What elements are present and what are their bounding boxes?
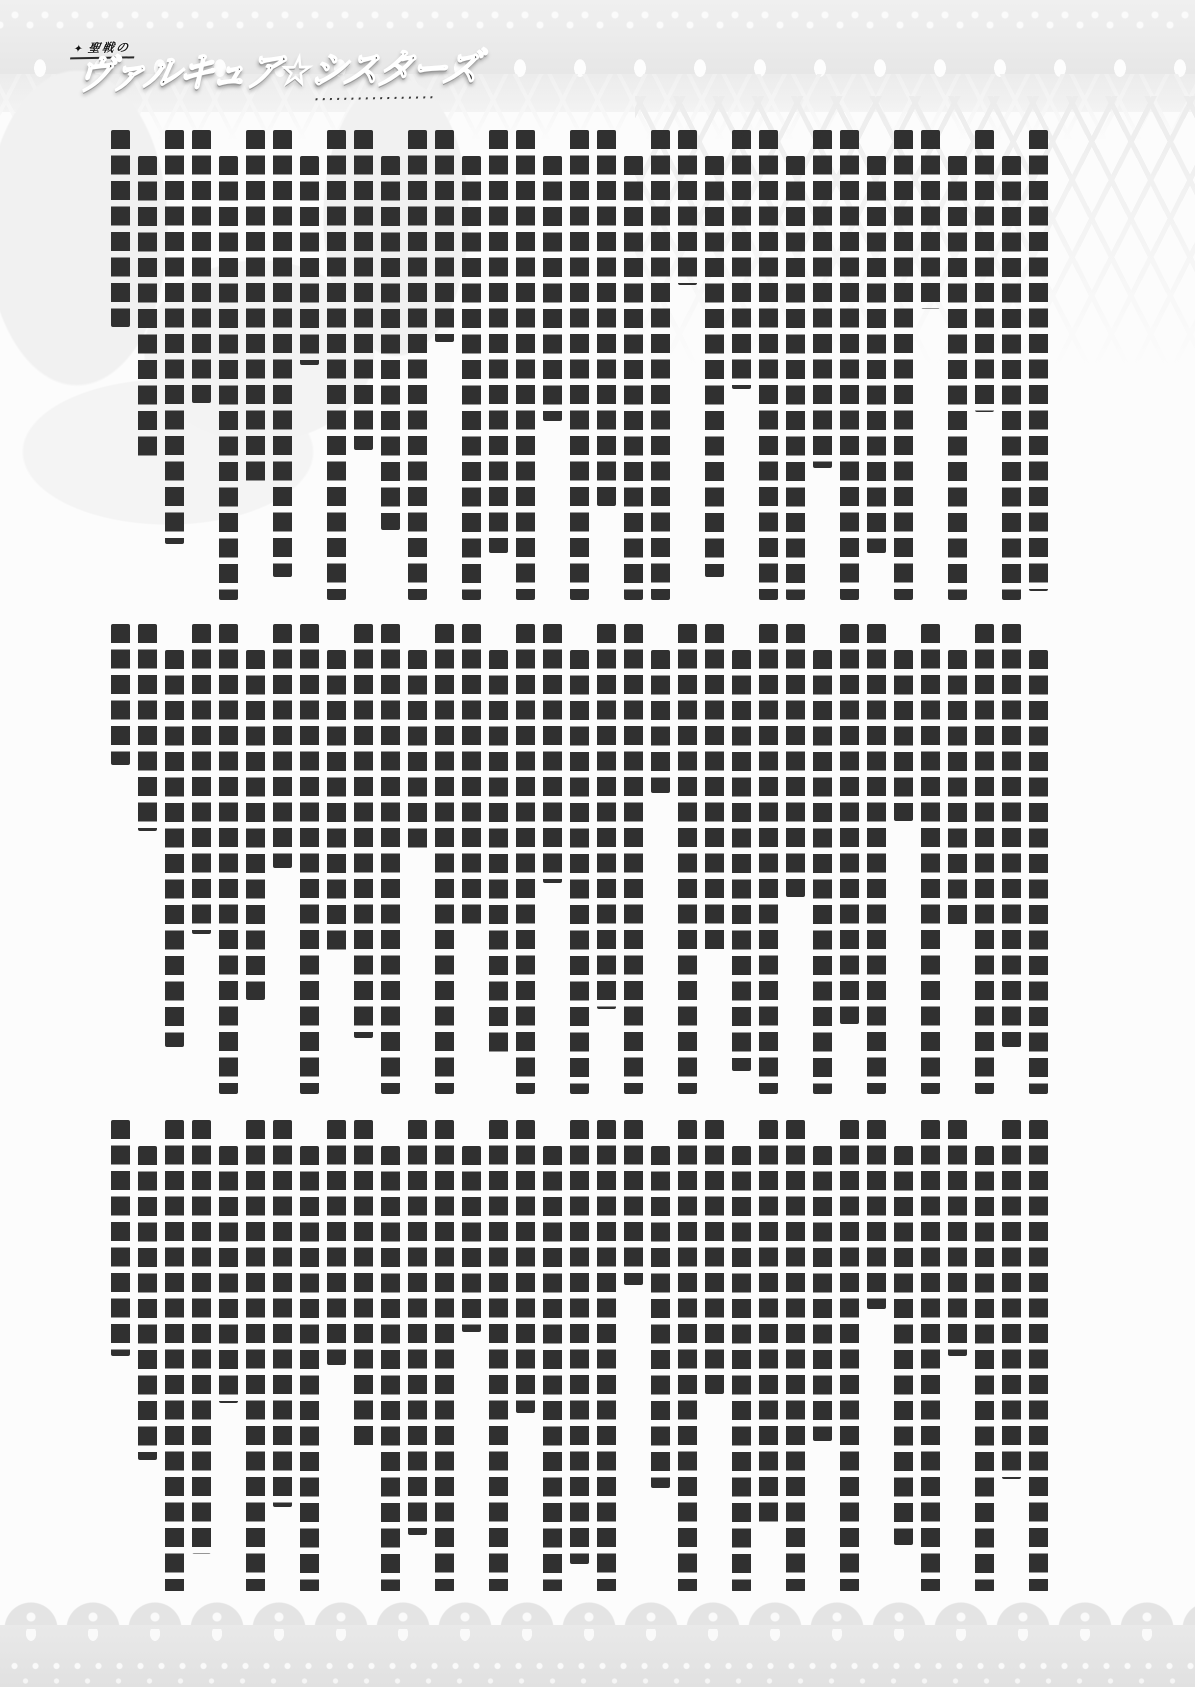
redacted-text-column (516, 130, 535, 600)
redacted-text-column (1002, 156, 1021, 600)
redacted-text-column (624, 1120, 643, 1285)
redacted-text-column (435, 1120, 454, 1592)
redacted-text-column (138, 624, 157, 831)
redacted-text-column (246, 650, 265, 1000)
redacted-text-column (516, 1120, 535, 1413)
redacted-text-column (111, 624, 130, 765)
redacted-text-column (192, 624, 211, 934)
redacted-text-column (408, 650, 427, 850)
redacted-text-column (192, 130, 211, 403)
redacted-text-column (624, 156, 643, 600)
redacted-text-column (327, 650, 346, 953)
redacted-text-column (219, 156, 238, 600)
redacted-text-column (867, 624, 886, 1094)
redacted-text-column (462, 1146, 481, 1332)
redacted-text-column (705, 156, 724, 577)
redacted-text-column (786, 156, 805, 600)
redacted-text-column (1029, 130, 1048, 591)
redacted-text-column (300, 156, 319, 365)
redacted-text-column (732, 650, 751, 1071)
redacted-text-column (111, 130, 130, 327)
text-block-2 (88, 624, 1048, 1094)
redacted-text-column (678, 624, 697, 1094)
redacted-text-column (1002, 624, 1021, 1047)
redacted-text-column (462, 624, 481, 925)
redacted-text-column (705, 624, 724, 953)
redacted-text-column (489, 1120, 508, 1592)
redacted-text-column (651, 650, 670, 793)
redacted-text-column (948, 650, 967, 925)
redacted-text-column (543, 1146, 562, 1592)
redacted-text-column (273, 130, 292, 577)
redacted-text-column (489, 130, 508, 553)
redacted-text-column (597, 1120, 616, 1592)
redacted-text-column (813, 1146, 832, 1441)
redacted-text-column (894, 650, 913, 821)
redacted-text-column (489, 650, 508, 1056)
redacted-text-column (678, 130, 697, 285)
redacted-text-column (759, 1120, 778, 1526)
redacted-text-column (165, 1120, 184, 1592)
text-block-1 (88, 130, 1048, 600)
redacted-text-column (354, 130, 373, 450)
redacted-text-column (570, 650, 589, 1094)
redacted-text-column (435, 624, 454, 1094)
redacted-text-column (840, 130, 859, 600)
redacted-text-column (786, 1120, 805, 1592)
redacted-text-column (354, 624, 373, 1038)
redacted-text-column (840, 624, 859, 1024)
redacted-text-column (543, 156, 562, 421)
lace-border-bottom (0, 1591, 1195, 1687)
redacted-text-column (732, 1146, 751, 1592)
redacted-text-column (327, 130, 346, 600)
logo-main-title: ヴァルキュア☆シスターズ (72, 48, 470, 97)
redacted-text-column (570, 1120, 589, 1564)
redacted-text-column (975, 130, 994, 412)
redacted-text-column (273, 624, 292, 868)
redacted-text-column (651, 130, 670, 600)
redacted-text-column (516, 624, 535, 1094)
redacted-text-column (273, 1120, 292, 1507)
redacted-text-column (921, 1120, 940, 1592)
redacted-text-column (354, 1120, 373, 1450)
redacted-text-column (948, 1120, 967, 1356)
redacted-text-column (165, 650, 184, 1047)
redacted-text-column (813, 130, 832, 468)
redacted-text-column (894, 1146, 913, 1545)
redacted-text-column (651, 1146, 670, 1488)
redacted-text-column (327, 1120, 346, 1365)
redacted-text-column (705, 1120, 724, 1394)
redacted-text-column (921, 624, 940, 1094)
redacted-text-column (543, 624, 562, 883)
redacted-text-column (138, 1146, 157, 1460)
redacted-text-column (219, 1146, 238, 1403)
redacted-text-column (300, 624, 319, 1094)
redacted-text-column (300, 1146, 319, 1592)
redacted-text-column (1029, 1120, 1048, 1592)
redacted-text-column (1029, 650, 1048, 1094)
redacted-text-column (192, 1120, 211, 1554)
redacted-text-column (408, 1120, 427, 1535)
redacted-text-column (759, 624, 778, 1094)
redacted-text-column (381, 156, 400, 530)
redacted-text-column (840, 1120, 859, 1592)
redacted-text-column (894, 130, 913, 600)
redacted-text-column (813, 650, 832, 1094)
redacted-text-column (138, 156, 157, 459)
text-block-3 (88, 1120, 1048, 1592)
redacted-text-column (975, 1146, 994, 1592)
book-page: ✦聖戦の ヴァルキュア☆シスターズ ················· 41 (0, 0, 1195, 1687)
redacted-text-column (381, 624, 400, 1094)
redacted-text-column (219, 624, 238, 1094)
series-logo: ✦聖戦の ヴァルキュア☆シスターズ ················· (71, 31, 462, 111)
redacted-text-column (111, 1120, 130, 1356)
redacted-text-column (732, 130, 751, 389)
redacted-text-column (786, 624, 805, 897)
redacted-text-column (678, 1120, 697, 1592)
redacted-text-column (921, 130, 940, 309)
redacted-text-column (975, 624, 994, 1094)
redacted-text-column (246, 130, 265, 483)
redacted-text-column (867, 156, 886, 553)
redacted-text-column (570, 130, 589, 600)
redacted-text-column (381, 1146, 400, 1592)
redacted-text-column (597, 624, 616, 1009)
redacted-text-column (759, 130, 778, 600)
redacted-text-column (408, 130, 427, 600)
redacted-text-column (462, 156, 481, 600)
redacted-text-column (597, 130, 616, 506)
redacted-text-column (246, 1120, 265, 1592)
redacted-text-column (435, 130, 454, 342)
redacted-text-column (165, 130, 184, 544)
redacted-text-column (948, 156, 967, 600)
redacted-text-column (1002, 1120, 1021, 1479)
redacted-text-column (624, 624, 643, 1094)
redacted-text-column (867, 1120, 886, 1309)
